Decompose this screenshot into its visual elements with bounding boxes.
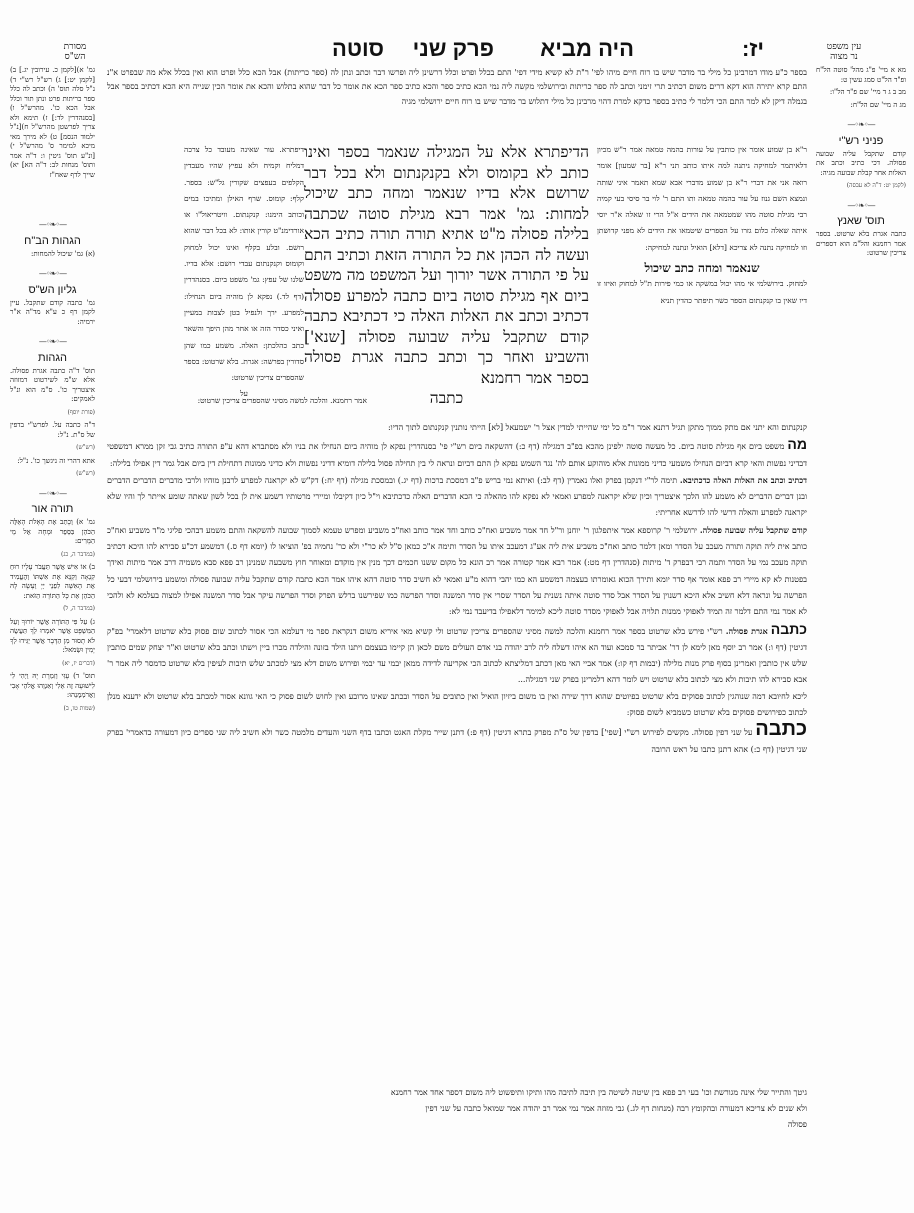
commentary-intro: קנקנתום והא יתני אם מתק ממוך מתקן תגיל ד… xyxy=(107,420,807,436)
dh-katvah: כתבה xyxy=(771,621,807,637)
tosafot-right-cont: למחוק. בירושלמי אי מהו יכול במשקה או כמי… xyxy=(597,279,807,304)
tosafot-dibbur-hamatchil: שנאמר ומחה כתב שיכול xyxy=(597,260,807,276)
pninei-rashi-ref: (לקמן יט: ד"ה לא עבסה) xyxy=(816,181,906,191)
hagahot-ref: (פורת יוסף) xyxy=(10,408,95,418)
ein-mishpat-column: מא א מיי' פ"ג מהל' סוטה הל"ח ופ"ד הל"ט ס… xyxy=(816,66,906,262)
ornament-divider-icon: —◦❧◦— xyxy=(816,120,906,130)
ornament-divider-icon: —◦❧◦— xyxy=(10,220,95,230)
ein-mishpat-entry: מב ב ג ד מיי' שם פ"ד הל"ו: xyxy=(816,88,906,98)
gemara-text: הדיפתרא אלא על המגילה שנאמר בספר ואינו כ… xyxy=(304,143,589,387)
pninei-rashi-title: פניני רש"י xyxy=(816,134,906,148)
tosafot-right-text: ר"א בן שמוע אומר אין כותבין על עורות בהמ… xyxy=(597,145,807,252)
ein-mishpat-entry: מא א מיי' פ"ג מהל' סוטה הל"ח ופ"ד הל"ט ס… xyxy=(816,66,906,85)
torah-or-ref: (במדבר ה, ל) xyxy=(10,604,95,614)
gilyon-text: גמ' כתבה קודם שתקבל. עיין לקמן דף כ ע"א … xyxy=(10,299,95,328)
dh-igeret: אגרת פסולה. xyxy=(726,626,768,636)
torah-or-verse: ג) עַל פִּי הַתּוֹרָה אֲשֶׁר יוֹרוּךָ וְ… xyxy=(10,618,95,656)
rashi-mid-text: אמר רחמנא. והלכה למשה מסיני שהספרים צריכ… xyxy=(107,395,367,407)
hagahot-bach-text: (א) גמ' שיכול להמחות: xyxy=(10,250,95,260)
daf-number: יז: xyxy=(742,36,764,62)
commentary-p1: משפט ביום אף מגילת סוטה ביום. כל מעשה סו… xyxy=(107,442,807,467)
chapter-name: היה מביא xyxy=(540,36,634,62)
tos-shantz-text: כתבה אגרת בלא שרטוט. בספר אמר רחמנא והל"… xyxy=(816,230,906,259)
hagahot-note: אתא דהרי זה ניגשך כו'. נ"ל: xyxy=(10,457,95,467)
pninei-rashi-text: קודם שתקבל עליה שבועה פסולה. דכי כתיב וכ… xyxy=(816,150,906,179)
torah-or-verse: ב) אוֹ אִישׁ אֲשֶׁר תַּעֲבֹר עָלָיו רוּח… xyxy=(10,563,95,601)
hagahot-title: הגהות xyxy=(10,351,95,365)
commentary-p7: על שני דפין פסולה. מקשים לפירוש רש"י [שפ… xyxy=(107,728,807,753)
torah-or-verse: גמ' א) וְכָתַב אֶת הָאָלֹת הָאֵלֶּה הַכֹ… xyxy=(10,518,95,547)
dh-mah: מה xyxy=(787,436,807,452)
page-bottom: גיטך והתייר שלי אינה מגורשת וכו' בעי רב … xyxy=(107,1085,807,1133)
ornament-divider-icon: —◦❧◦— xyxy=(10,269,95,279)
hagahot-ref: (רש"ש) xyxy=(10,443,95,453)
page-header: עין משפט נר מצוה יז: היה מביא פרק שני סו… xyxy=(0,38,914,60)
torah-or-ref: (שמות טו, ב) xyxy=(10,704,95,714)
dh-kodem: קודם שתקבל עליה שבועה פסולה. xyxy=(700,525,807,535)
dh-dichtiv: דכתיב וכתב את האלות האלה כדכתיבא. xyxy=(680,475,807,485)
tosafot-top-text: בספר כ"ע מודו דמרבינן כל מילי בר מדבר שי… xyxy=(107,66,807,109)
tosafot-right-column: ר"א בן שמוע אומר אין כותבין על עורות בהמ… xyxy=(597,142,807,309)
bottom-catchword: פסולה xyxy=(107,1117,807,1133)
gilyon-title: גליון הש"ס xyxy=(10,283,95,297)
bottom-line: ולא שנים לא צריכא דמעורה ובהקומץ רבה (מנ… xyxy=(107,1101,807,1117)
commentary-p3: ירושלמי ר' קרוספא אמר איתפלגון ר' יוחנן … xyxy=(107,526,807,616)
hagahot-ref: (רש"ש) xyxy=(10,469,95,479)
torah-or-verse: תוס' ד) עָזִּי וְזִמְרָת יָהּ וַיְהִי לִ… xyxy=(10,672,95,701)
torah-or-ref: (דברים יז, יא) xyxy=(10,659,95,669)
tos-shantz-title: תוס' שאנץ xyxy=(816,214,906,228)
dh-katvah-2: כתבה xyxy=(755,718,807,740)
hagahot-note: ד"ה כתבה על. לפרש"י בדפין של ס"ת. נ"ל: xyxy=(10,421,95,440)
commentary-p4: רש"י פירש בלא שרטוט בספר אמר רחמנא והלכה… xyxy=(107,627,807,685)
hagahot-note: תוס' ד"ה כתבה אגרת פסולה. אלא ש"מ לשירטו… xyxy=(10,367,95,405)
rashi-column: דיפתרא. עור שאינה מעובד כל צרכה דמליח וק… xyxy=(184,142,304,403)
torah-or-ref: (במדבר ה, כג) xyxy=(10,550,95,560)
ornament-divider-icon: —◦❧◦— xyxy=(10,489,95,499)
tractate-name: סוטה xyxy=(332,36,384,62)
mesorah-column: גמ' א)[לקמן כ. עירובין יג.] ב)[לקמן יט:]… xyxy=(10,66,95,717)
hagahot-bach-title: הגהות הב"ח xyxy=(10,234,95,248)
ein-mishpat-label: עין משפט נר מצוה xyxy=(814,42,874,62)
talmud-page: עין משפט נר מצוה יז: היה מביא פרק שני סו… xyxy=(0,0,914,1213)
mesorah-notes: גמ' א)[לקמן כ. עירובין יג.] ב)[לקמן יט:]… xyxy=(10,66,95,180)
mesorah-label: מסורת הש"ס xyxy=(45,42,105,62)
gemara-core-text: הדיפתרא אלא על המגילה שנאמר בספר ואינו כ… xyxy=(304,142,589,409)
tosafot-top-block: בספר כ"ע מודו דמרבינן כל מילי בר מדבר שי… xyxy=(107,66,807,109)
rashi-text: דיפתרא. עור שאינה מעובד כל צרכה דמליח וק… xyxy=(184,145,304,382)
commentary-p6: ליכא לחיובא דמה שנוהגין לכתוב פסוקים בלא… xyxy=(107,689,807,722)
tosafot-main-block: קנקנתום והא יתני אם מתק ממוך מתקן תגיל ד… xyxy=(107,420,807,758)
bottom-line: גיטך והתייר שלי אינה מגורשת וכו' בעי רב … xyxy=(107,1085,807,1101)
perek-number: פרק שני xyxy=(413,36,494,62)
ornament-divider-icon: —◦❧◦— xyxy=(816,201,906,211)
ein-mishpat-entry: מג ה מיי' שם הל"ח: xyxy=(816,101,906,111)
torah-or-title: תורה אור xyxy=(10,502,95,516)
ornament-divider-icon: —◦❧◦— xyxy=(10,337,95,347)
